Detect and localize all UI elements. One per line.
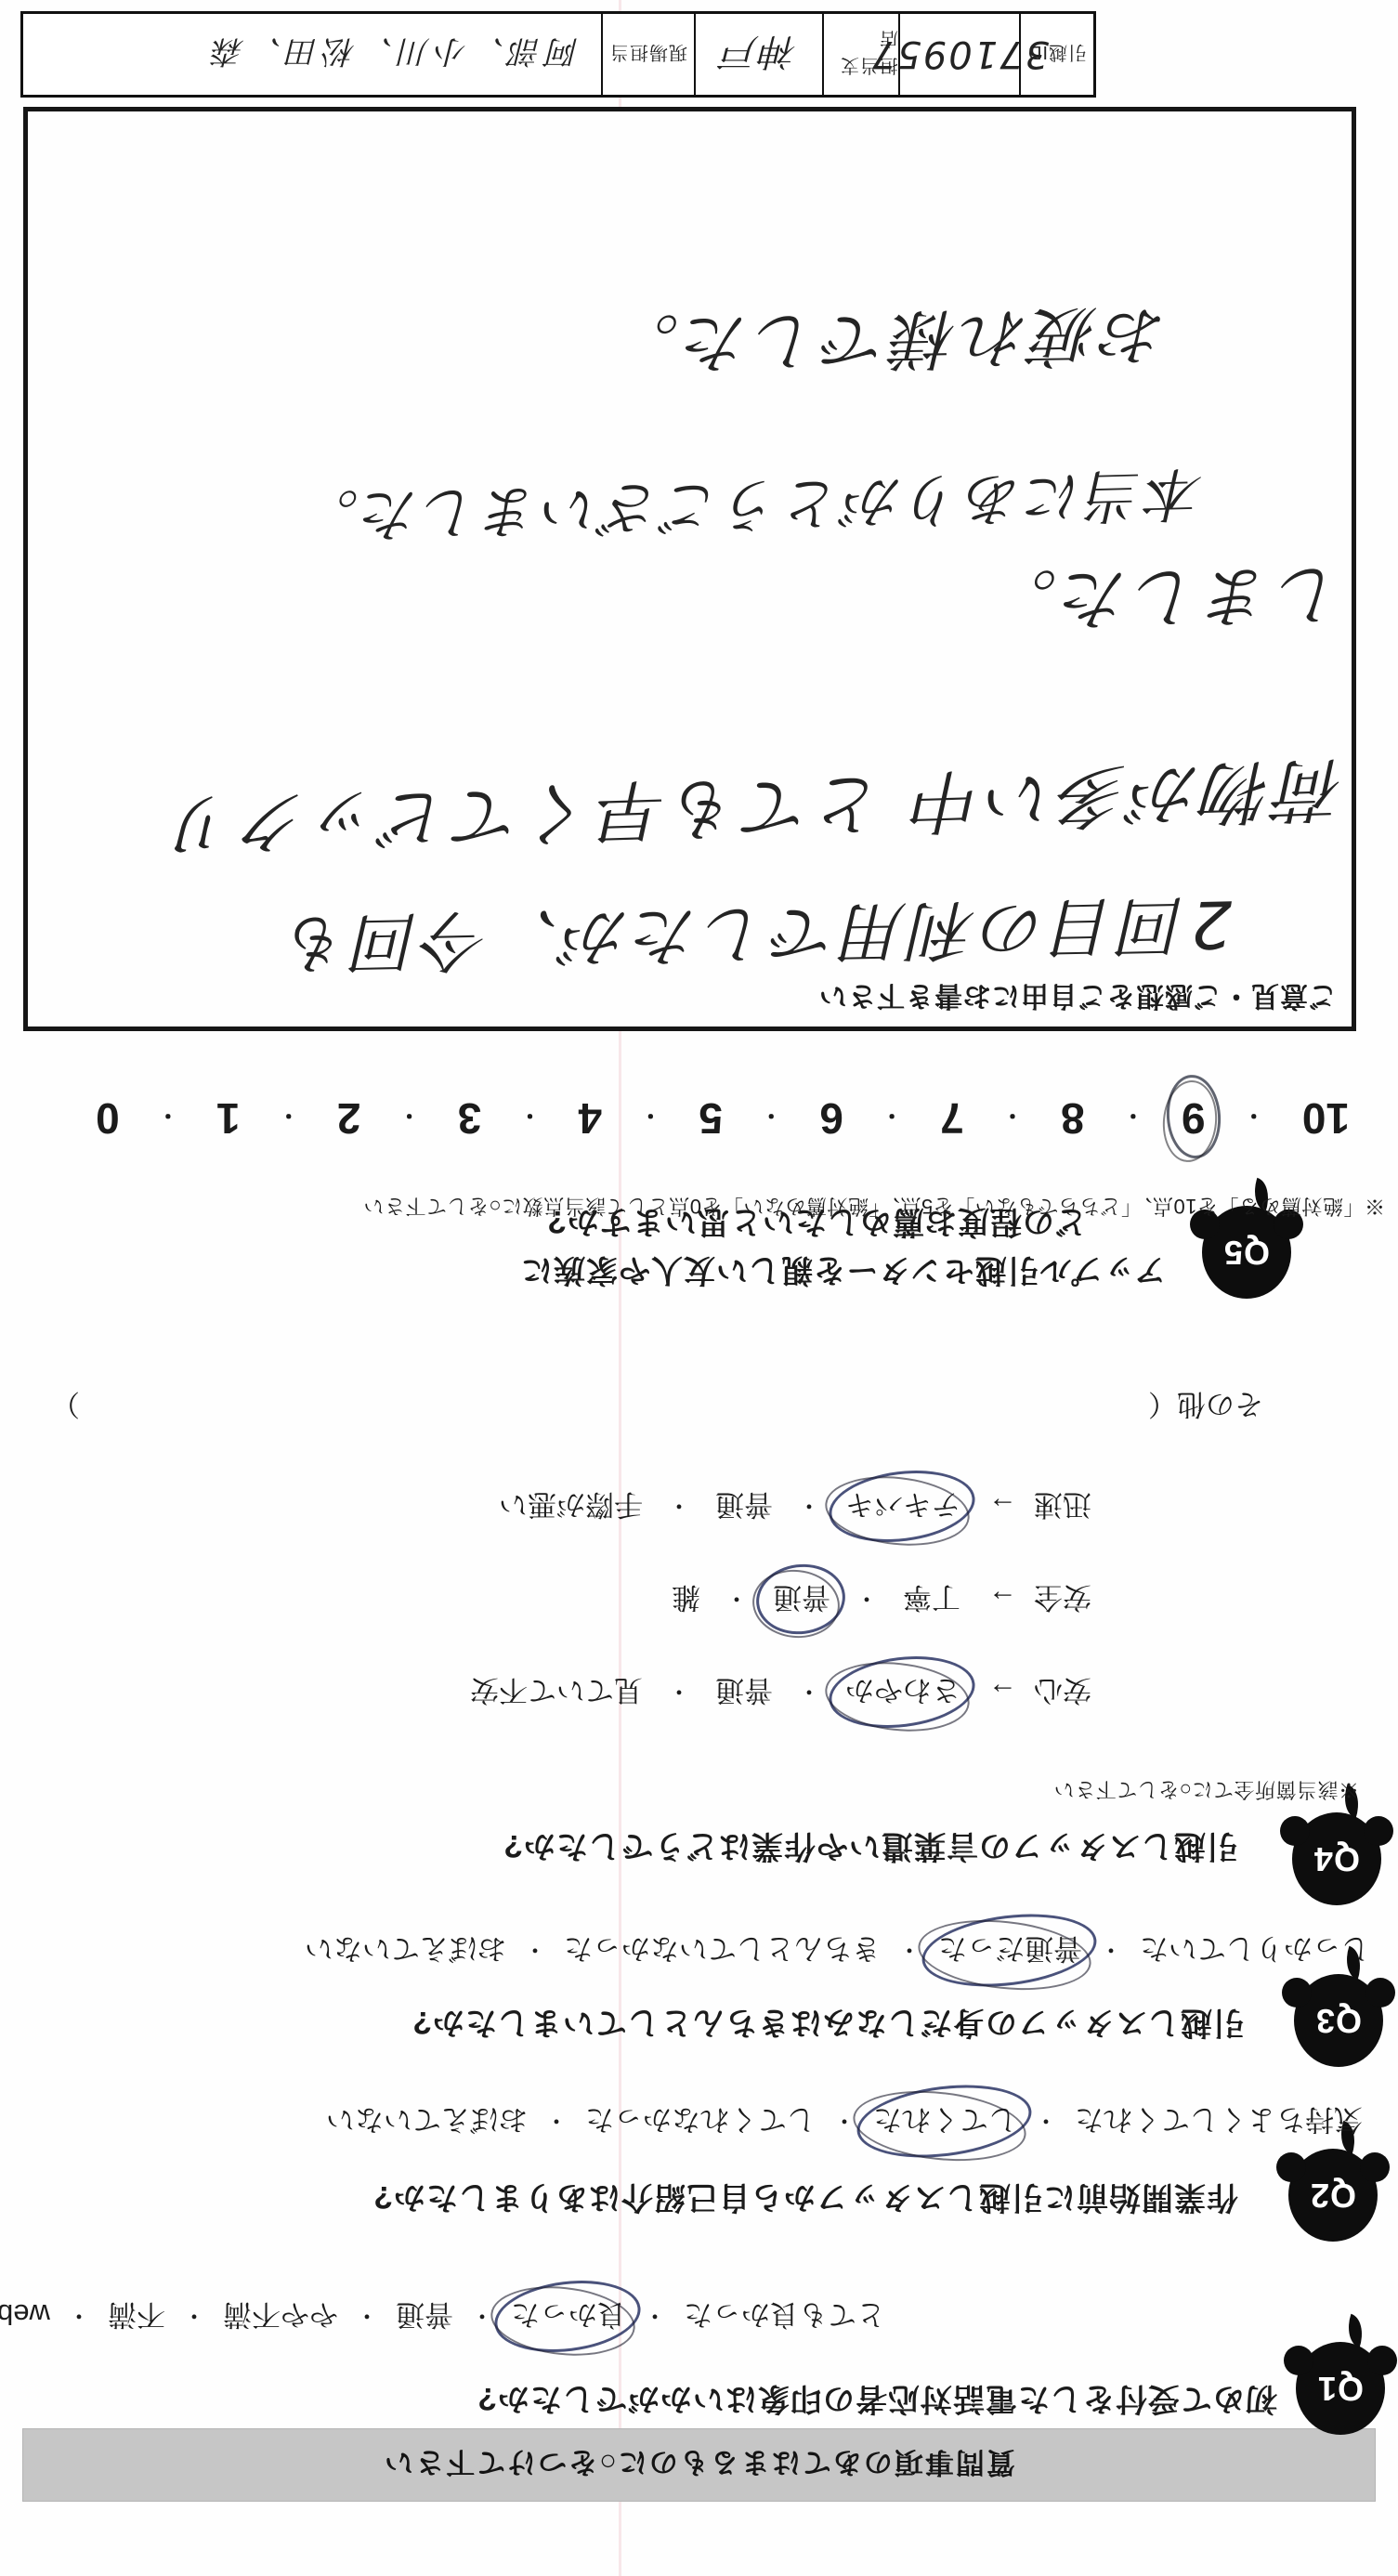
crew-label: 現場担当 xyxy=(603,14,696,95)
q3-options: しっかりしていた・ 普通だった・ きちんとしていなかった・ おぼえていない xyxy=(305,1930,1370,1972)
option-separator: ・ xyxy=(667,1490,691,1524)
option: 普通 xyxy=(715,1672,773,1714)
scale-number: 8 xyxy=(1061,1093,1085,1144)
option-separator: ・ xyxy=(544,2105,568,2139)
q4-row-label: 安心 xyxy=(1034,1672,1091,1714)
option: 普通 xyxy=(715,1486,773,1528)
q4-question: 引越しスタッフの言葉遣いや作業はどうでしたか? xyxy=(503,1826,1238,1872)
q4-other-open: その他（ xyxy=(1148,1386,1263,1428)
scale-separator: ・ xyxy=(881,1103,903,1135)
scale-number: 10 xyxy=(1302,1093,1350,1144)
q3-badge-label: Q3 xyxy=(1315,2001,1362,2040)
q4-row-jinsoku: 迅速 → テキパキ・ 普通・ 手際が悪い xyxy=(499,1486,1091,1528)
q4-row-label: 安全 xyxy=(1034,1579,1091,1621)
option: とても良かった xyxy=(684,2296,885,2338)
option: 雑 xyxy=(672,1579,700,1621)
scale-number: 2 xyxy=(337,1093,361,1144)
scale-separator: ・ xyxy=(157,1103,179,1135)
comment-box-header: ご意見・ご感想をご自由にお書き下さい xyxy=(818,978,1337,1019)
circled-option: 普通だった xyxy=(938,1930,1082,1972)
branch-label: 担当支店 xyxy=(824,14,900,95)
q5-scale: 10・ 9・ 8・ 7・ 6・ 5・ 4・ 3・ 2・ 1・ 0 xyxy=(96,1093,1350,1144)
q3-badge: Q3 xyxy=(1294,1974,1383,2067)
q4-row-anshin: 安心 → さわやか・ 普通・ 見ていて不安 xyxy=(470,1672,1091,1714)
q4-other-line: その他（ ） xyxy=(51,1386,1263,1428)
q2-badge-label: Q2 xyxy=(1310,2176,1356,2215)
q2-question: 作業開始前に引越しスタッフから自己紹介はありましたか? xyxy=(372,2177,1238,2223)
scale-number: 7 xyxy=(940,1093,964,1144)
scale-separator: ・ xyxy=(518,1103,541,1135)
instruction-bar-text: 質問事項のあてはまるものに○をつけて下さい xyxy=(383,2444,1015,2486)
scale-number-selected: 9 xyxy=(1182,1093,1206,1144)
scale-separator: ・ xyxy=(278,1103,300,1135)
q1-options: とても良かった・ 良かった・ 普通・ やや不満・ 不満・ web完結 xyxy=(0,2296,885,2338)
branch-value: 神戸 xyxy=(696,14,824,95)
q1-badge-label: Q1 xyxy=(1317,2369,1364,2408)
scale-number: 5 xyxy=(699,1093,723,1144)
option: 普通 xyxy=(396,2296,453,2338)
option-separator: ・ xyxy=(855,1583,879,1617)
q2-options: 気持ちよくしてくれた・ してくれた・ してくれなかった・ おぼえていない xyxy=(326,2101,1363,2143)
arrow-icon: → xyxy=(988,1491,1017,1524)
q1-badge: Q1 xyxy=(1296,2342,1385,2435)
circled-option: テキパキ xyxy=(845,1486,960,1528)
option: やや不満 xyxy=(223,2296,338,2338)
q4-badge-label: Q4 xyxy=(1313,1839,1360,1878)
scanned-survey-sheet: 質問事項のあてはまるものに○をつけて下さい Q1 初めて受付をした電話対応者の印… xyxy=(0,0,1398,2576)
scale-number: 3 xyxy=(458,1093,482,1144)
option: 気持ちよくしてくれた xyxy=(1075,2101,1363,2143)
option: きちんとしていなかった xyxy=(564,1930,881,1972)
q5-note: ※「絶対薦める」を10点、「どちらでもない」を5点、「絶対薦めない」を0点として… xyxy=(363,1193,1385,1222)
handwritten-comment-line: 2回目の利用でしたが、今回も xyxy=(281,882,1234,995)
crew-value: 阿部、小川、松田、森 xyxy=(23,14,603,95)
option: 見ていて不安 xyxy=(470,1672,643,1714)
option-separator: ・ xyxy=(725,1583,749,1617)
circled-option: さわやか xyxy=(845,1672,960,1714)
q5-question-line1: アップル引越センターを親しい友人や家族に xyxy=(520,1250,1166,1296)
option: してくれなかった xyxy=(585,2101,816,2143)
option: 丁寧 xyxy=(903,1579,960,1621)
scale-number: 4 xyxy=(579,1093,603,1144)
scale-number: 0 xyxy=(96,1093,120,1144)
option: 手際が悪い xyxy=(499,1486,643,1528)
scale-number: 6 xyxy=(819,1093,843,1144)
handwritten-comment-line: しました。 xyxy=(986,552,1345,655)
option-separator: ・ xyxy=(667,1676,691,1710)
q4-other-close: ） xyxy=(51,1386,80,1428)
arrow-icon: → xyxy=(988,1584,1017,1617)
scale-separator: ・ xyxy=(760,1103,782,1135)
circled-option: 普通 xyxy=(773,1579,830,1621)
q4-badge: Q4 xyxy=(1292,1812,1381,1905)
option-separator: ・ xyxy=(1099,1934,1123,1968)
instruction-bar: 質問事項のあてはまるものに○をつけて下さい xyxy=(23,2429,1375,2501)
handwritten-comment-line: 本当にありがとうございました。 xyxy=(298,456,1206,562)
moving-id-value: 3710957 xyxy=(900,14,1021,95)
option-separator: ・ xyxy=(182,2300,206,2334)
option-separator: ・ xyxy=(355,2300,379,2334)
scale-separator: ・ xyxy=(1001,1103,1024,1135)
circled-option: してくれた xyxy=(873,2101,1017,2143)
arrow-icon: → xyxy=(988,1677,1017,1710)
option: web完結 xyxy=(0,2296,50,2338)
scale-separator: ・ xyxy=(639,1103,661,1135)
scale-number: 1 xyxy=(216,1093,241,1144)
option-separator: ・ xyxy=(643,2300,667,2334)
q3-question: 引越しスタッフの身だしなみはきちんとしていましたか? xyxy=(412,2003,1245,2048)
leaf-icon xyxy=(1342,2314,1369,2348)
option: おぼえていない xyxy=(326,2101,528,2143)
q4-note: ※該当箇所全てに○をして下さい xyxy=(1053,1776,1359,1805)
q1-question: 初めて受付をした電話対応者の印象はいかがでしたか? xyxy=(477,2379,1277,2425)
circled-option: 良かった xyxy=(511,2296,626,2338)
option-separator: ・ xyxy=(67,2300,91,2334)
option: しっかりしていた xyxy=(1140,1930,1370,1972)
staff-header-table: 引越ID 3710957 担当支店 神戸 現場担当 阿部、小川、松田、森 xyxy=(20,11,1096,98)
scale-separator: ・ xyxy=(1243,1103,1265,1135)
handwritten-comment-line: 荷物が多い中 とても早くてビックリ xyxy=(163,744,1347,880)
scale-separator: ・ xyxy=(1122,1103,1144,1135)
comment-box: ご意見・ご感想をご自由にお書き下さい 2回目の利用でしたが、今回も 荷物が多い中… xyxy=(23,107,1356,1031)
option-separator: ・ xyxy=(797,1676,821,1710)
handwritten-comment-line: お疲れ様でした。 xyxy=(609,293,1169,396)
q4-row-label: 迅速 xyxy=(1034,1486,1091,1528)
option-separator: ・ xyxy=(1034,2105,1058,2139)
q2-badge: Q2 xyxy=(1288,2149,1378,2242)
option-separator: ・ xyxy=(523,1934,547,1968)
option: おぼえていない xyxy=(305,1930,506,1972)
q4-row-anzen: 安全 → 丁寧・ 普通・ 雑 xyxy=(672,1579,1091,1621)
option-separator: ・ xyxy=(797,1490,821,1524)
option: 不満 xyxy=(108,2296,165,2338)
q5-badge-label: Q5 xyxy=(1223,1233,1270,1272)
scale-separator: ・ xyxy=(398,1103,421,1135)
